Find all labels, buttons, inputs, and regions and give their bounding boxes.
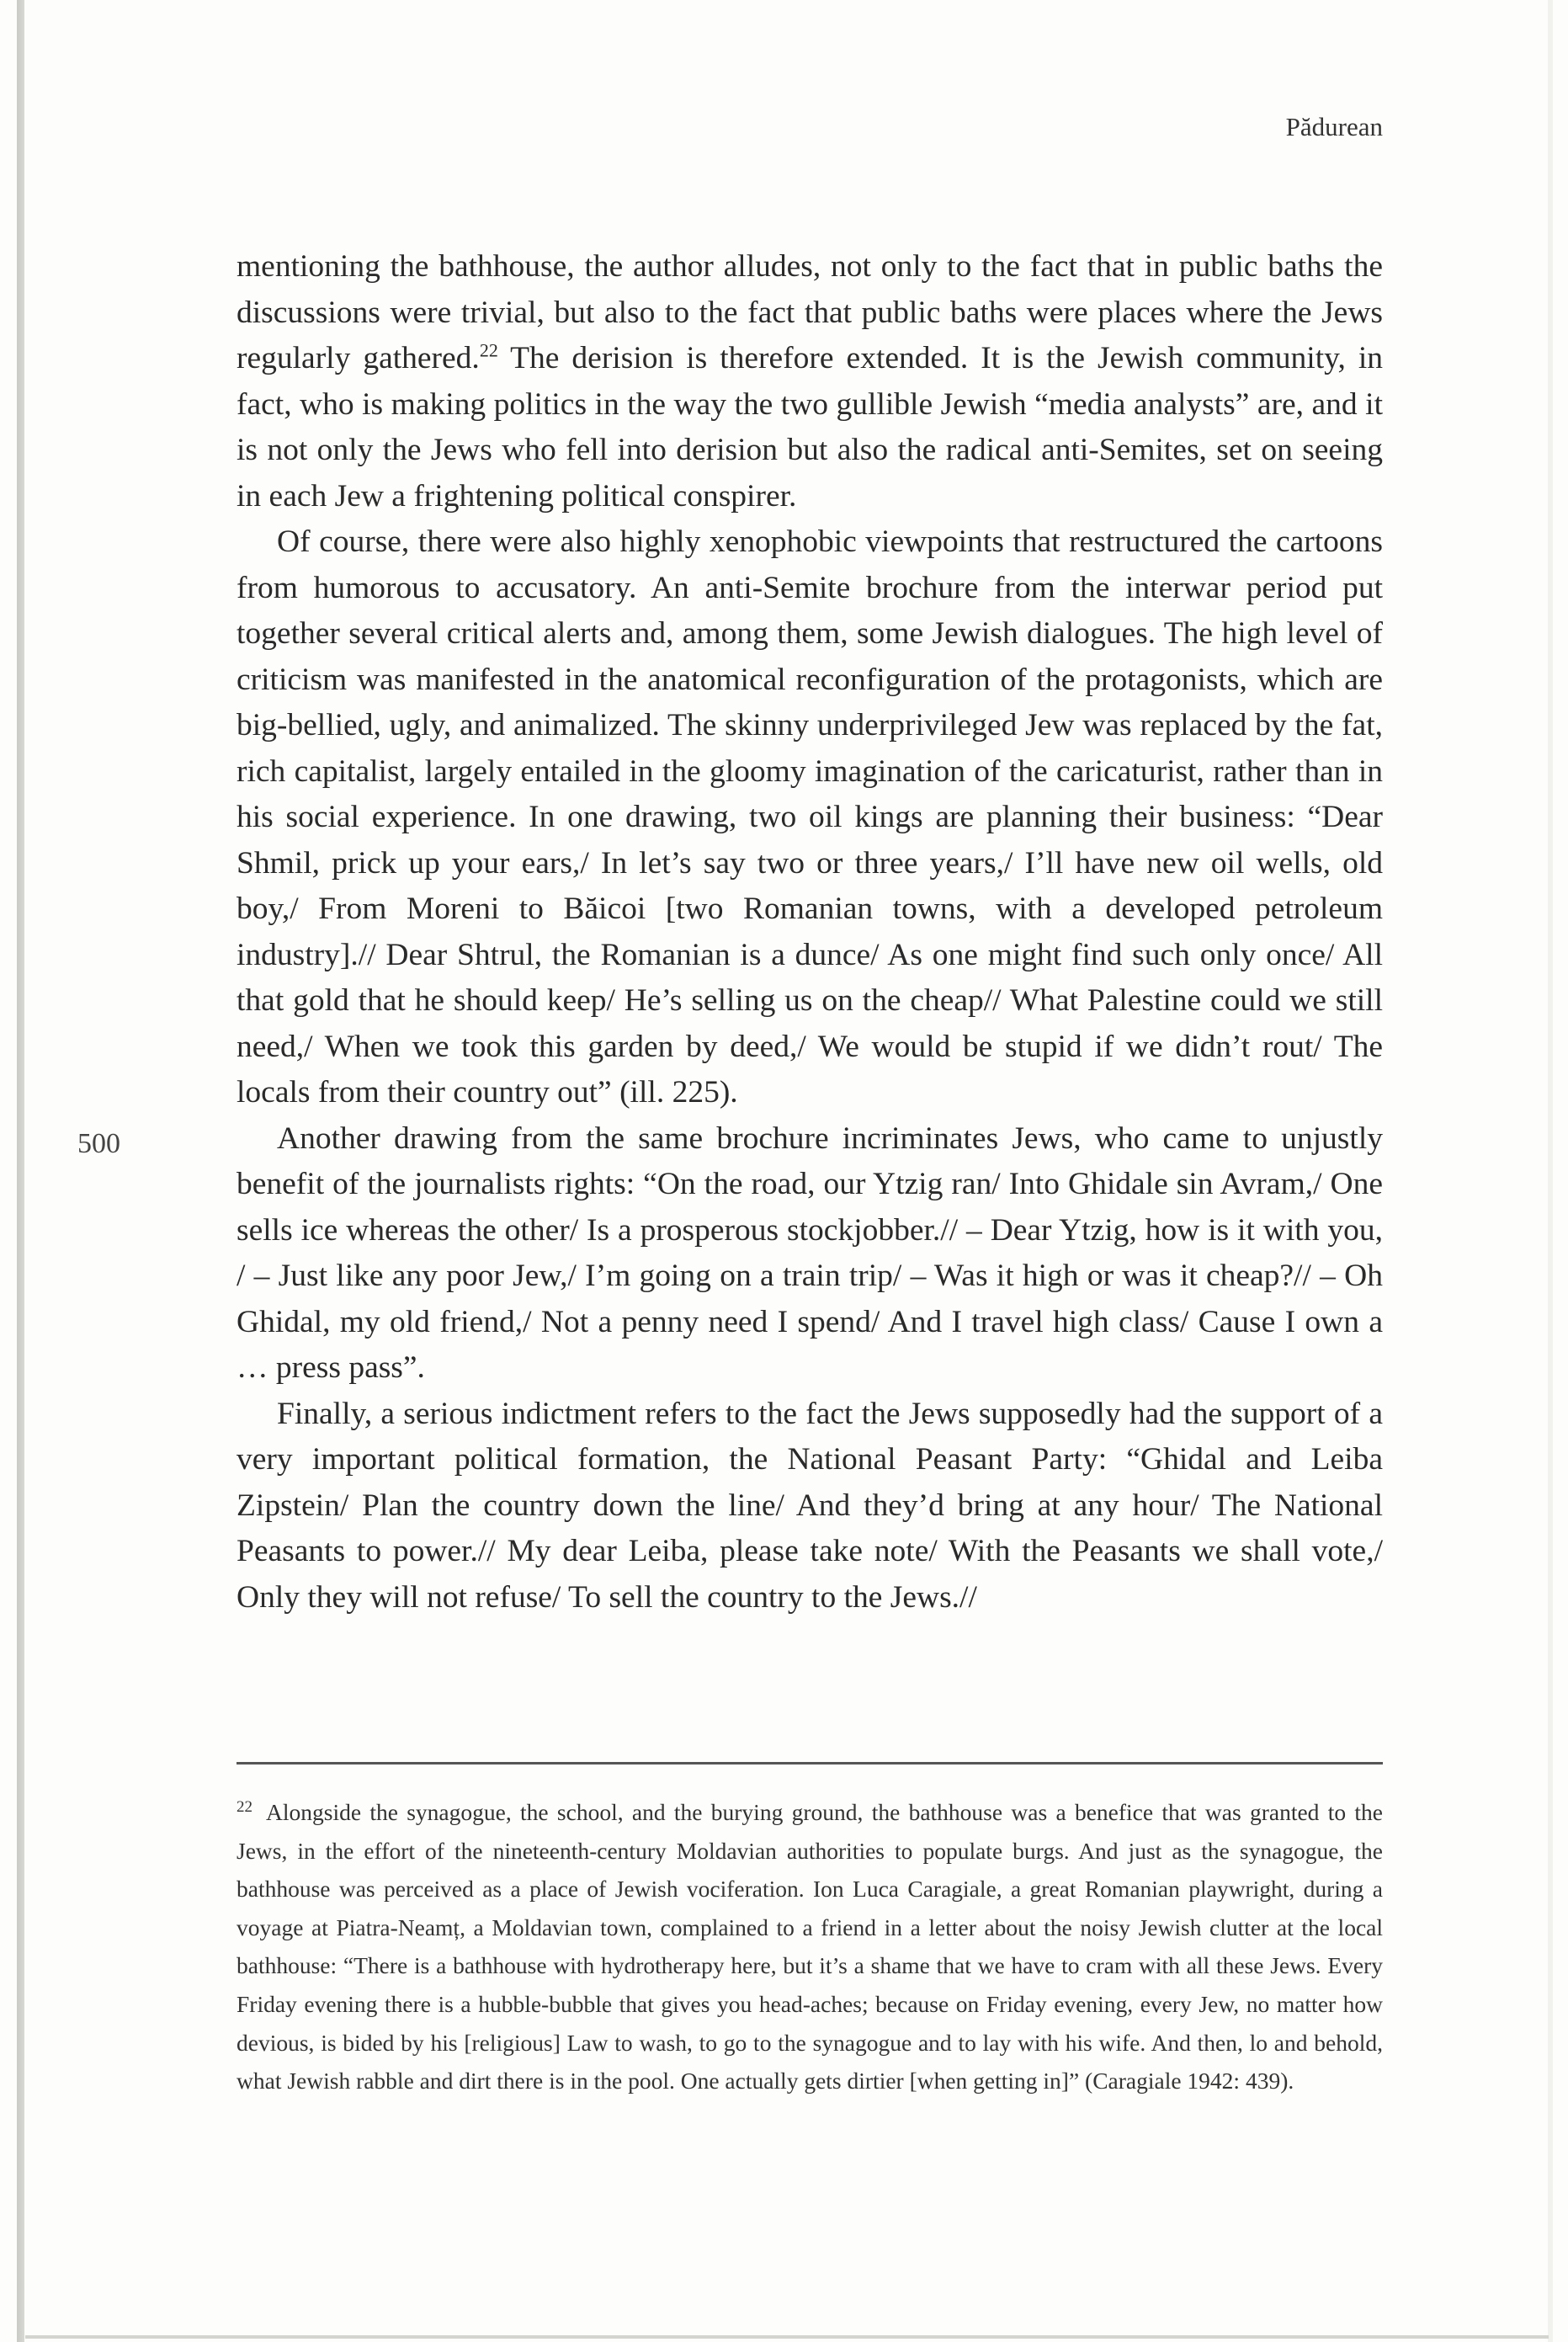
footnote-text: Alongside the synagogue, the school, and… <box>237 1799 1383 2094</box>
main-body-text: mentioning the bathhouse, the author all… <box>237 244 1383 1621</box>
footnote-separator-rule <box>237 1762 1383 1764</box>
paragraph-2: Of course, there were also highly xenoph… <box>237 519 1383 1116</box>
page-bottom-edge <box>25 2335 1549 2339</box>
paragraph-1: mentioning the bathhouse, the author all… <box>237 244 1383 519</box>
page-binding-edge <box>17 0 24 2342</box>
footnote-22: 22Alongside the synagogue, the school, a… <box>237 1793 1383 2100</box>
footnote-reference-22[interactable]: 22 <box>480 340 498 361</box>
footnotes-section: 22Alongside the synagogue, the school, a… <box>237 1793 1383 2100</box>
page-number: 500 <box>77 1128 120 1160</box>
paragraph-3: Another drawing from the same brochure i… <box>237 1116 1383 1392</box>
paragraph-4: Finally, a serious indictment refers to … <box>237 1392 1383 1621</box>
footnote-number: 22 <box>237 1798 252 1816</box>
running-head-author: Pădurean <box>1262 112 1383 142</box>
page-right-edge <box>1548 0 1553 2342</box>
